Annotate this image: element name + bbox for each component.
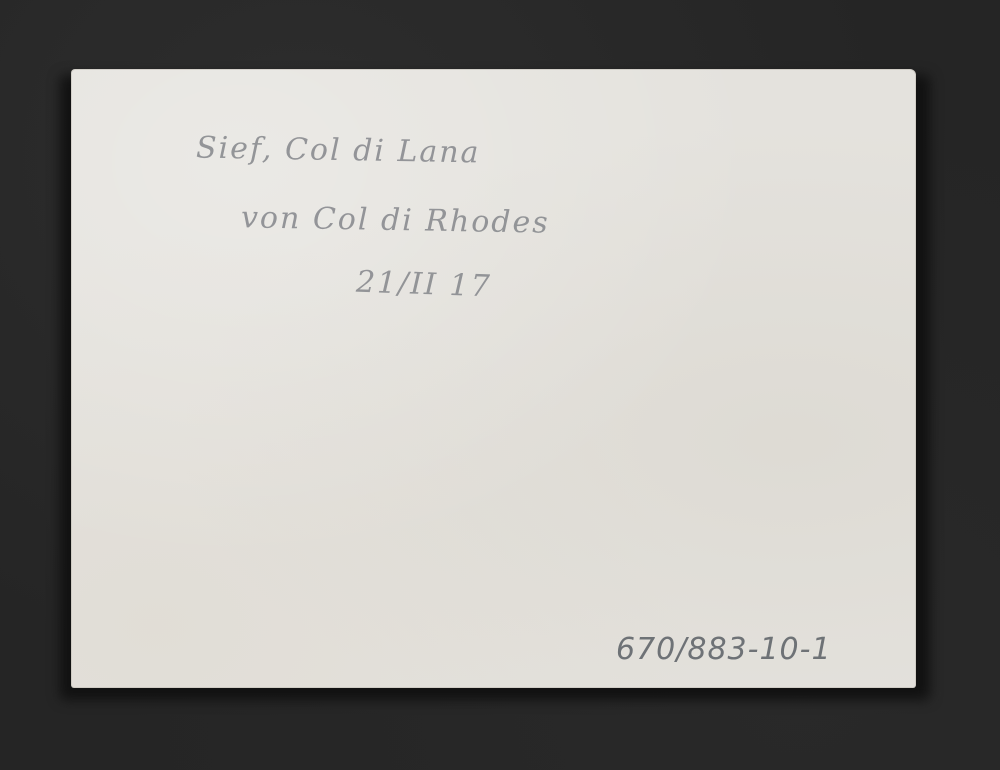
handwritten-date: 21/II 17 [355, 265, 492, 305]
archive-number: 670/883-10-1 [616, 632, 832, 667]
handwritten-viewpoint-line: von Col di Rhodes [241, 200, 550, 240]
photo-card-back: Sief, Col di Lana von Col di Rhodes 21/I… [71, 69, 916, 688]
handwritten-location-line: Sief, Col di Lana [196, 131, 481, 171]
